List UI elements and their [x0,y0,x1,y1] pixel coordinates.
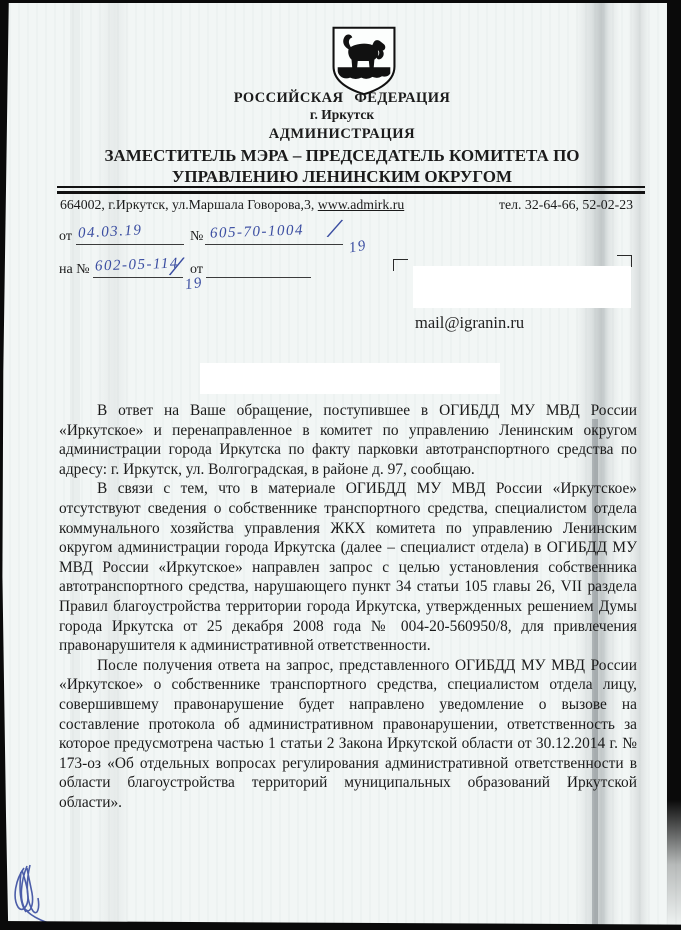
body-paragraph: В связи с тем, что в материале ОГИБДД МУ… [59,479,637,655]
postal-address: 664002, г.Иркутск, ул.Маршала Говорова,3… [60,197,404,213]
number-line [205,243,343,245]
reply-date-line [206,276,311,278]
handwritten-outgoing-year: 19 [348,238,369,258]
city-name: г. Иркутск [22,107,662,123]
body-paragraph: В ответ на Ваше обращение, поступившее в… [59,401,637,479]
pen-scribble-mark [2,852,97,928]
date-line [76,243,184,245]
scan-edge [0,0,681,3]
handwritten-slash: / [326,211,342,246]
body-paragraph: После получения ответа на запрос, предст… [59,656,637,813]
scanned-letter-page: РОССИЙСКАЯ ФЕДЕРАЦИЯ г. Иркутск АДМИНИСТ… [0,0,681,930]
reply-number-label: на № [59,262,90,278]
handwritten-date: 04.03.19 [78,222,143,242]
letterhead-title-line2: УПРАВЛЕНИЮ ЛЕНИНСКИМ ОКРУГОМ [22,167,662,187]
handwritten-slash: / [169,250,184,285]
scan-edge [0,921,681,930]
from-label: от [59,229,72,245]
scan-edge [667,0,681,930]
organization-name: АДМИНИСТРАЦИЯ [22,126,662,143]
website-link: www.admirk.ru [318,197,404,212]
redacted-line [200,363,500,394]
redacted-addressee-name [413,266,631,308]
phone-number: тел. 32-64-66, 52-02-23 [499,197,633,213]
addressee-email: mail@igranin.ru [415,313,524,333]
handwritten-incoming-number: 602-05-114 [95,256,179,276]
addressee-corner-mark [393,259,408,271]
country-name: РОССИЙСКАЯ ФЕДЕРАЦИЯ [22,90,662,107]
number-label: № [190,229,203,245]
letterhead-divider [57,186,645,194]
scan-edge [0,0,11,930]
irkutsk-coat-of-arms-icon [329,25,399,97]
letterhead-title-line1: ЗАМЕСТИТЕЛЬ МЭРА – ПРЕДСЕДАТЕЛЬ КОМИТЕТА… [22,146,662,166]
handwritten-outgoing-number: 605-70-1004 [210,222,305,242]
handwritten-incoming-year: 19 [184,275,204,294]
letter-body: В ответ на Ваше обращение, поступившее в… [59,401,637,812]
